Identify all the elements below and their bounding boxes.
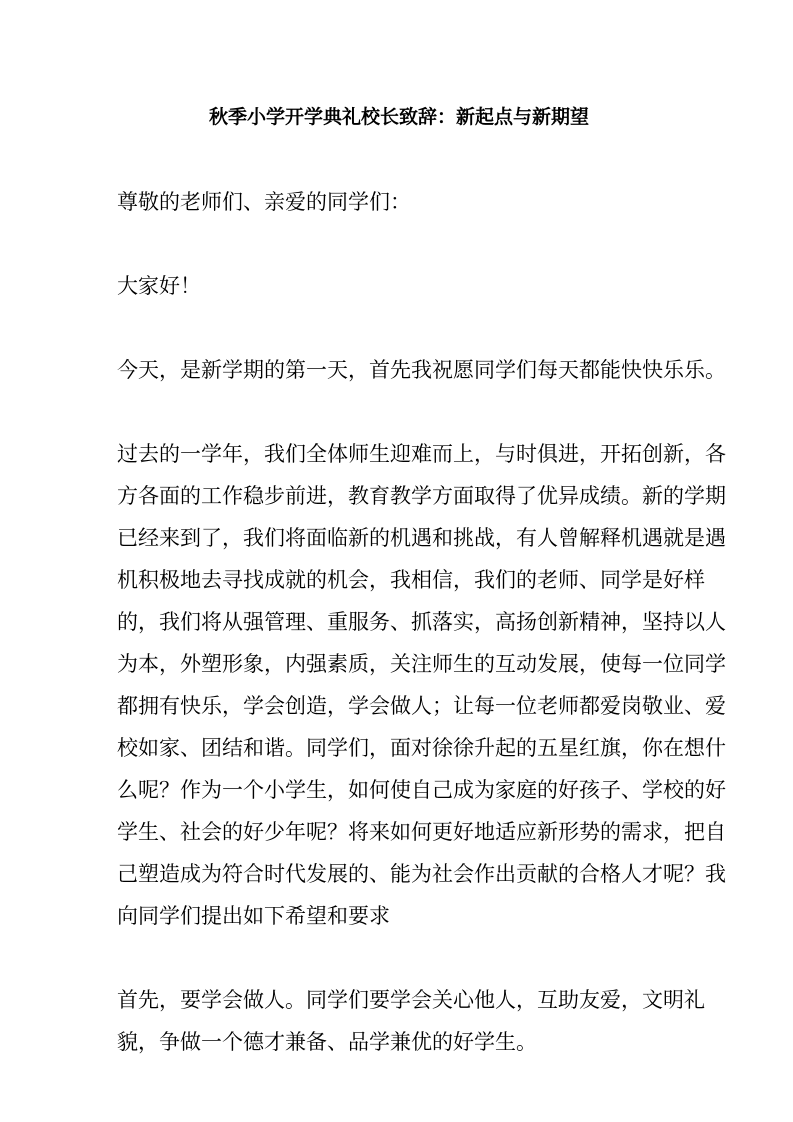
paragraph-main-body: 过去的一学年，我们全体师生迎难而上，与时俱进，开拓创新，各方各面的工作稳步前进，… <box>117 433 737 937</box>
paragraph-first-requirement: 首先，要学会做人。同学们要学会关心他人，互助友爱，文明礼貌，争做一个德才兼备、品… <box>117 979 737 1063</box>
paragraph-salutation: 尊敬的老师们、亲爱的同学们： <box>117 181 737 223</box>
paragraph-opening-wish: 今天，是新学期的第一天，首先我祝愿同学们每天都能快快乐乐。 <box>117 349 737 391</box>
paragraph-greeting: 大家好！ <box>117 265 737 307</box>
document-title: 秋季小学开学典礼校长致辞：新起点与新期望 <box>89 97 709 139</box>
document-page: 秋季小学开学典礼校长致辞：新起点与新期望 尊敬的老师们、亲爱的同学们： 大家好！… <box>0 0 793 1122</box>
